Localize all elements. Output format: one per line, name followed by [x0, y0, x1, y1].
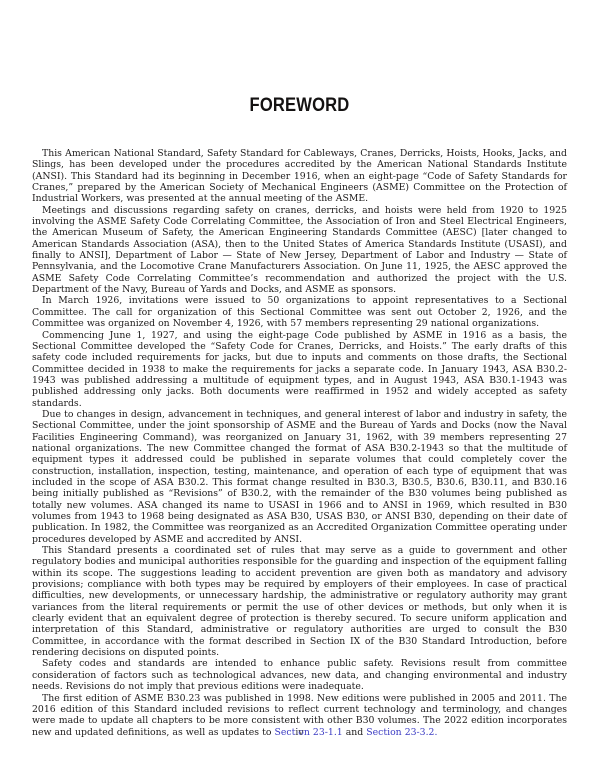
paragraph: In March 1926, invitations were issued t… [32, 295, 567, 329]
paragraph: Meetings and discussions regarding safet… [32, 205, 567, 296]
paragraph: Safety codes and standards are intended … [32, 658, 567, 692]
paragraph: This Standard presents a coordinated set… [32, 545, 567, 658]
paragraph: This American National Standard, Safety … [32, 148, 567, 205]
page-title: FOREWORD [72, 94, 527, 116]
page-number: iv [32, 727, 567, 738]
document-page: FOREWORD This American National Standard… [0, 0, 600, 776]
foreword-body: This American National Standard, Safety … [32, 148, 567, 738]
paragraph: Due to changes in design, advancement in… [32, 409, 567, 545]
paragraph: Commencing June 1, 1927, and using the e… [32, 330, 567, 409]
